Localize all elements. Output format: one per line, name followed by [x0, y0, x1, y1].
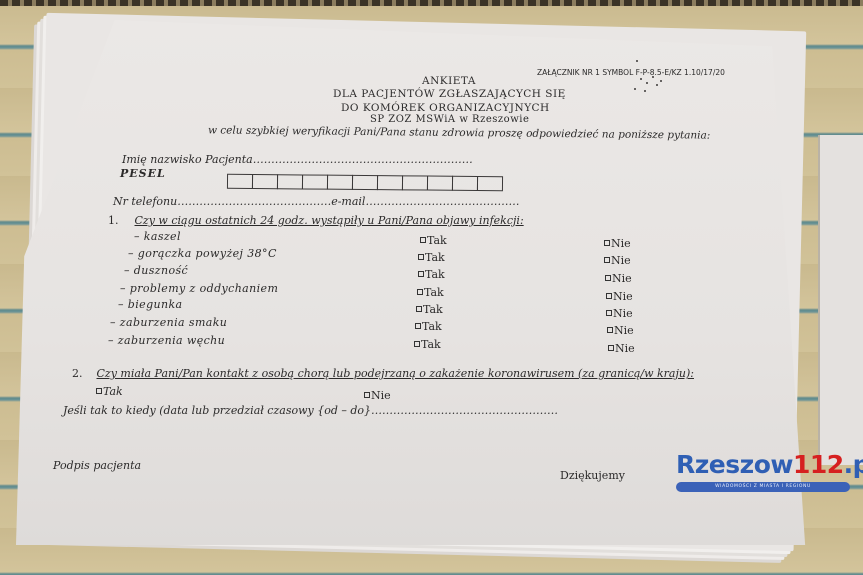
symptom-yes-checkbox[interactable]: Tak [414, 338, 441, 351]
survey-form: ZAŁĄCZNIK NR 1 SYMBOL F-P-8.5-E/KZ 1.10/… [0, 0, 863, 575]
pesel-input-boxes[interactable] [228, 174, 503, 191]
form-subtitle-1: DLA PACJENTÓW ZGŁASZAJĄCYCH SIĘ [333, 88, 566, 100]
symptom-yes-checkbox[interactable]: Tak [418, 251, 445, 264]
symptom-no-checkbox[interactable]: Nie [608, 342, 635, 355]
symptom-yes-checkbox[interactable]: Tak [418, 268, 445, 281]
signature-label: Podpis pacjenta [53, 459, 141, 472]
phone-email-field[interactable]: Nr telefonu……………………………………e-mail………………………… [113, 195, 519, 208]
symptom-label: – biegunka [118, 298, 183, 311]
question-2: 2.Czy miała Pani/Pan kontakt z osobą cho… [72, 367, 694, 380]
symptom-yes-checkbox[interactable]: Tak [420, 234, 447, 247]
q2-no-checkbox[interactable]: Nie [364, 389, 391, 402]
symptom-yes-checkbox[interactable]: Tak [415, 320, 442, 333]
symptom-no-checkbox[interactable]: Nie [605, 272, 632, 285]
ink-specks [632, 58, 672, 98]
annex-reference: ZAŁĄCZNIK NR 1 SYMBOL F-P-8.5-E/KZ 1.10/… [537, 68, 725, 77]
form-title: ANKIETA [422, 75, 476, 87]
pesel-label: PESEL [120, 167, 166, 180]
intro-text: w celu szybkiej weryfikacji Pani/Pana st… [208, 124, 710, 141]
symptom-label: – zaburzenia smaku [110, 316, 227, 329]
symptom-no-checkbox[interactable]: Nie [607, 324, 634, 337]
symptom-label: – problemy z oddychaniem [120, 282, 278, 295]
symptom-label: – zaburzenia węchu [108, 334, 225, 347]
symptom-yes-checkbox[interactable]: Tak [417, 286, 444, 299]
symptom-yes-checkbox[interactable]: Tak [416, 303, 443, 316]
institution-name: SP ZOZ MSWiA w Rzeszowie [370, 114, 529, 125]
thanks-text: Dziękujemy [560, 469, 625, 482]
symptom-label: – kaszel [134, 230, 181, 243]
patient-name-field[interactable]: Imię nazwisko Pacjenta………………………………………………… [122, 153, 473, 166]
symptom-label: – duszność [124, 264, 188, 277]
symptom-no-checkbox[interactable]: Nie [604, 254, 631, 267]
symptom-no-checkbox[interactable]: Nie [606, 290, 633, 303]
contact-date-field[interactable]: Jeśli tak to kiedy (data lub przedział c… [63, 404, 558, 417]
symptom-no-checkbox[interactable]: Nie [606, 307, 633, 320]
watermark-logo: Rzeszow112.pl WIADOMOŚCI Z MIASTA I REGI… [676, 451, 850, 492]
question-1: 1.Czy w ciągu ostatnich 24 godz. wystąpi… [108, 214, 524, 227]
symptom-label: – gorączka powyżej 38°C [128, 247, 277, 260]
q2-yes-checkbox[interactable]: Tak [96, 385, 123, 398]
form-subtitle-2: DO KOMÓREK ORGANIZACYJNYCH [341, 102, 550, 114]
symptom-no-checkbox[interactable]: Nie [604, 237, 631, 250]
